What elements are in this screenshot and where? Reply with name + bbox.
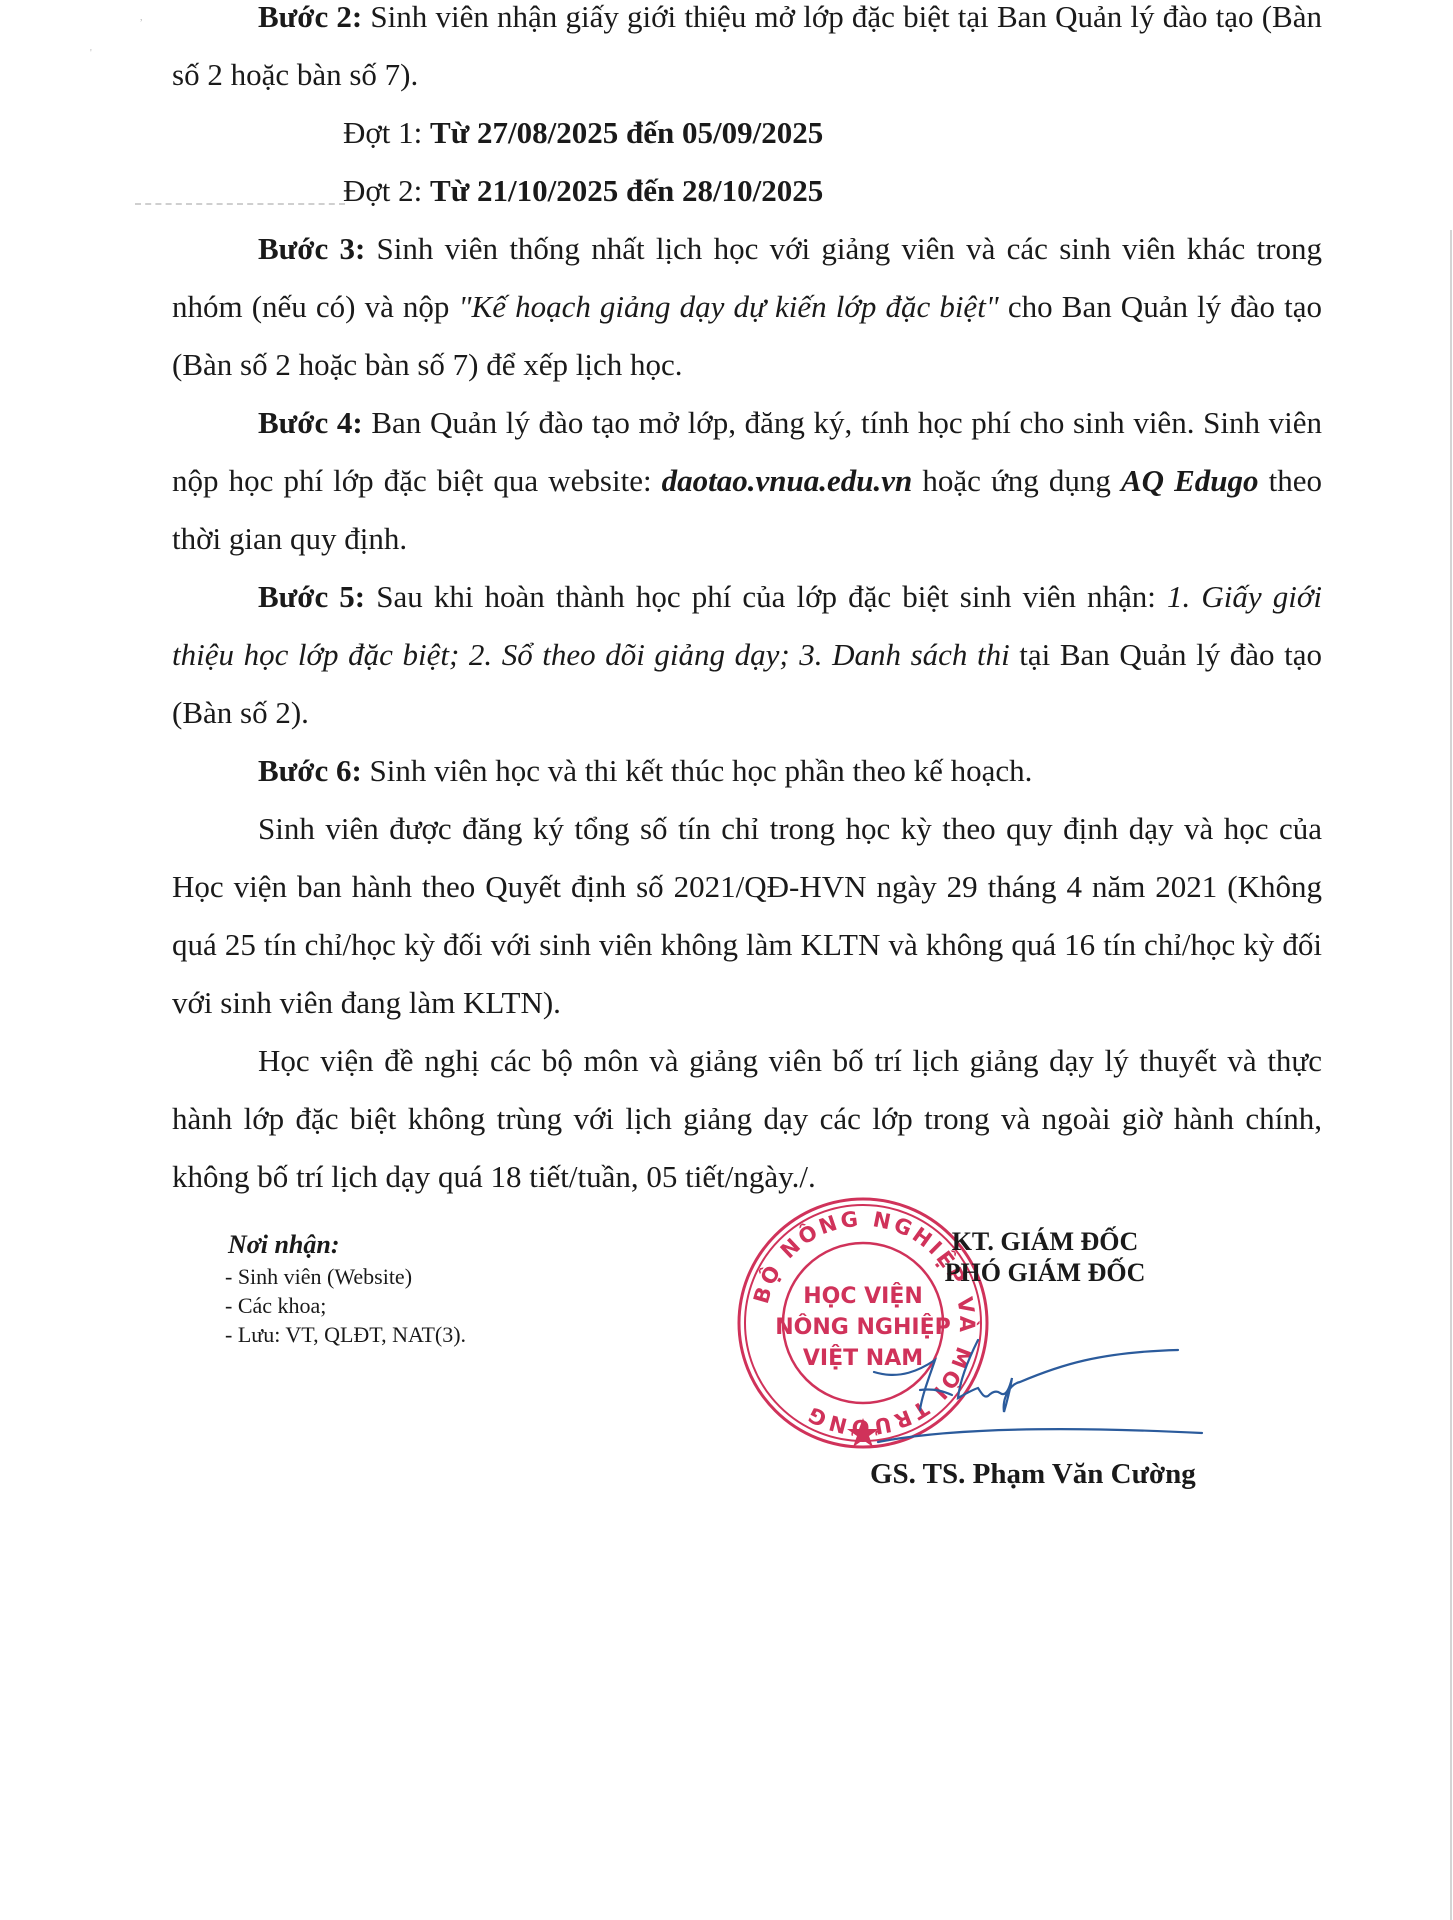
emphasis-text: AQ Edugo — [1121, 463, 1259, 498]
paragraph-text: Sinh viên học và thi kết thúc học phần t… — [362, 753, 1033, 788]
signer-title-line2: PHÓ GIÁM ĐỐC — [900, 1257, 1190, 1288]
step-paragraph: Bước 3: Sinh viên thống nhất lịch học vớ… — [172, 220, 1322, 394]
enrollment-period: Đợt 1: Từ 27/08/2025 đến 05/09/2025 — [172, 104, 1322, 162]
enrollment-period: Đợt 2: Từ 21/10/2025 đến 28/10/2025 — [172, 162, 1322, 220]
period-label: Đợt 1: — [343, 115, 430, 150]
document-page: , ' Bước 2: Sinh viên nhận giấy giới thi… — [0, 0, 1453, 1920]
step-label: Bước 3: — [258, 231, 365, 266]
body-paragraph: Sinh viên được đăng ký tổng số tín chỉ t… — [172, 800, 1322, 1032]
step-paragraph: Bước 5: Sau khi hoàn thành học phí của l… — [172, 568, 1322, 742]
step-paragraph: Bước 6: Sinh viên học và thi kết thúc họ… — [172, 742, 1322, 800]
paragraph-text: Học viện đề nghị các bộ môn và giảng viê… — [172, 1043, 1322, 1194]
recipient-item: - Lưu: VT, QLĐT, NAT(3). — [225, 1320, 466, 1349]
recipients-title: Nơi nhận: — [228, 1228, 466, 1262]
period-dates: Từ 21/10/2025 đến 28/10/2025 — [430, 173, 823, 208]
step-label: Bước 5: — [258, 579, 365, 614]
signer-name: GS. TS. Phạm Văn Cường — [870, 1458, 1196, 1491]
signer-title-line1: KT. GIÁM ĐỐC — [900, 1226, 1190, 1257]
period-dates: Từ 27/08/2025 đến 05/09/2025 — [430, 115, 823, 150]
emphasis-text: daotao.vnua.edu.vn — [662, 463, 913, 498]
step-label: Bước 6: — [258, 753, 362, 788]
paragraph-text: Sau khi hoàn thành học phí của lớp đặc b… — [365, 579, 1167, 614]
recipients-block: Nơi nhận: - Sinh viên (Website) - Các kh… — [225, 1228, 466, 1349]
step-paragraph: Bước 2: Sinh viên nhận giấy giới thiệu m… — [172, 0, 1322, 104]
handwritten-signature — [860, 1320, 1220, 1460]
document-body: Bước 2: Sinh viên nhận giấy giới thiệu m… — [172, 0, 1322, 1206]
recipient-item: - Các khoa; — [225, 1291, 466, 1320]
step-paragraph: Bước 4: Ban Quản lý đào tạo mở lớp, đăng… — [172, 394, 1322, 568]
scan-artifact: ' — [90, 48, 92, 59]
period-label: Đợt 2: — [343, 173, 430, 208]
recipient-item: - Sinh viên (Website) — [225, 1262, 466, 1291]
paragraph-text: Sinh viên được đăng ký tổng số tín chỉ t… — [172, 811, 1322, 1020]
body-paragraph: Học viện đề nghị các bộ môn và giảng viê… — [172, 1032, 1322, 1206]
step-label: Bước 2: — [258, 0, 362, 34]
scan-edge-line — [1450, 230, 1452, 1920]
step-label: Bước 4: — [258, 405, 363, 440]
paragraph-text: "Kế hoạch giảng dạy dự kiến lớp đặc biệt… — [459, 289, 999, 324]
scan-artifact: , — [140, 12, 143, 23]
paragraph-text: hoặc ứng dụng — [912, 463, 1121, 498]
signer-title: KT. GIÁM ĐỐC PHÓ GIÁM ĐỐC — [900, 1226, 1190, 1288]
